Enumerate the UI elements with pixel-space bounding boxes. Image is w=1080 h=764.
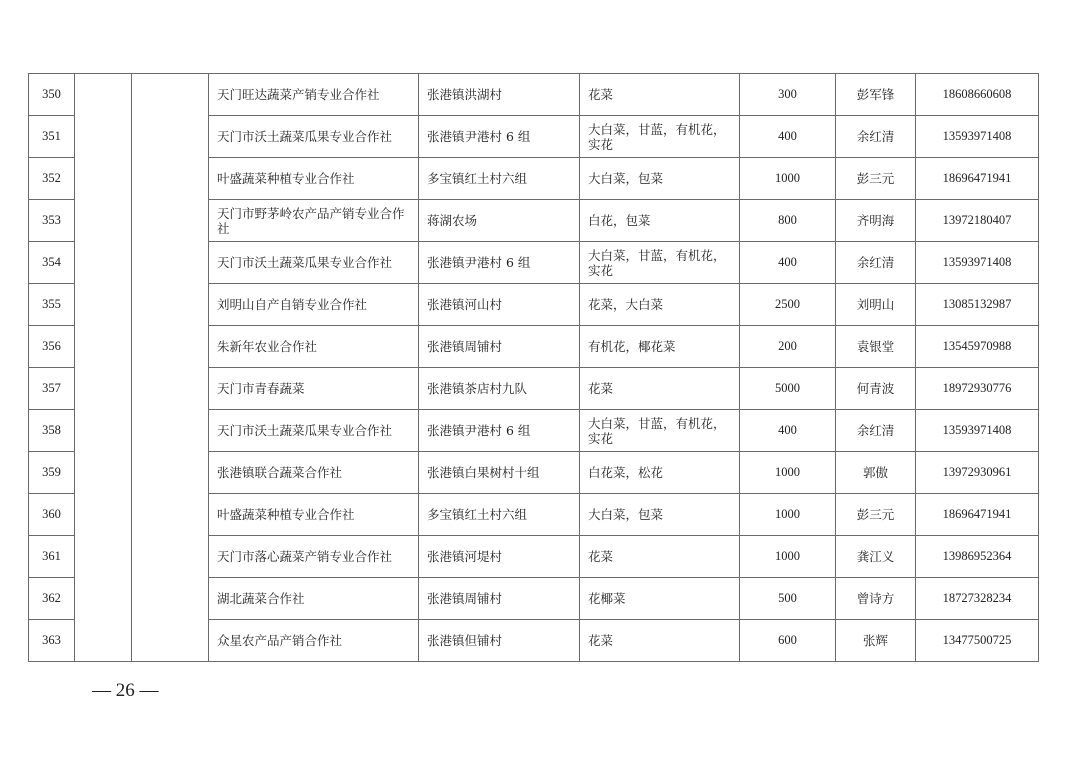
address-cell: 张港镇白果树村十组 — [419, 452, 580, 494]
phone-number-cell: 18972930776 — [916, 368, 1039, 410]
variety-cell: 大白菜，甘蓝，有机花，实花 — [580, 410, 740, 452]
table-body: 350天门旺达蔬菜产销专业合作社张港镇洪湖村花菜300彭军锋1860866060… — [29, 74, 1039, 662]
variety-cell: 花菜 — [580, 74, 740, 116]
phone-number-cell: 13986952364 — [916, 536, 1039, 578]
address-cell: 张港镇尹港村 6 组 — [419, 116, 580, 158]
phone-number-cell: 13593971408 — [916, 410, 1039, 452]
phone-number-cell: 13545970988 — [916, 326, 1039, 368]
phone-number-cell: 13593971408 — [916, 242, 1039, 284]
cooperative-name-cell: 天门旺达蔬菜产销专业合作社 — [209, 74, 419, 116]
area-cell: 800 — [740, 200, 836, 242]
address-cell: 多宝镇红土村六组 — [419, 494, 580, 536]
row-number-cell: 351 — [29, 116, 75, 158]
area-cell: 300 — [740, 74, 836, 116]
phone-number-cell: 13593971408 — [916, 116, 1039, 158]
address-cell: 张港镇河山村 — [419, 284, 580, 326]
area-cell: 500 — [740, 578, 836, 620]
cooperative-name-cell: 天门市落心蔬菜产销专业合作社 — [209, 536, 419, 578]
area-cell: 1000 — [740, 494, 836, 536]
area-cell: 2500 — [740, 284, 836, 326]
address-cell: 蒋湖农场 — [419, 200, 580, 242]
address-cell: 张港镇周铺村 — [419, 578, 580, 620]
row-number-cell: 356 — [29, 326, 75, 368]
cooperative-name-cell: 叶盛蔬菜种植专业合作社 — [209, 494, 419, 536]
area-cell: 400 — [740, 242, 836, 284]
cooperative-name-cell: 天门市青春蔬菜 — [209, 368, 419, 410]
address-cell: 张港镇茶店村九队 — [419, 368, 580, 410]
cooperative-name-cell: 刘明山自产自销专业合作社 — [209, 284, 419, 326]
table-row: 350天门旺达蔬菜产销专业合作社张港镇洪湖村花菜300彭军锋1860866060… — [29, 74, 1039, 116]
variety-cell: 大白菜，甘蓝，有机花，实花 — [580, 242, 740, 284]
page-number: — 26 — — [92, 680, 159, 702]
variety-cell: 大白菜，包菜 — [580, 158, 740, 200]
contact-person-cell: 彭三元 — [836, 158, 916, 200]
row-number-cell: 354 — [29, 242, 75, 284]
contact-person-cell: 彭三元 — [836, 494, 916, 536]
area-cell: 200 — [740, 326, 836, 368]
variety-cell: 大白菜，甘蓝，有机花，实花 — [580, 116, 740, 158]
row-number-cell: 355 — [29, 284, 75, 326]
address-cell: 张港镇尹港村 6 组 — [419, 410, 580, 452]
variety-cell: 白花菜，松花 — [580, 452, 740, 494]
variety-cell: 花椰菜 — [580, 578, 740, 620]
contact-person-cell: 郭傲 — [836, 452, 916, 494]
area-cell: 600 — [740, 620, 836, 662]
variety-cell: 花菜 — [580, 620, 740, 662]
area-cell: 400 — [740, 116, 836, 158]
address-cell: 张港镇河堤村 — [419, 536, 580, 578]
contact-person-cell: 张辉 — [836, 620, 916, 662]
row-number-cell: 363 — [29, 620, 75, 662]
cooperative-name-cell: 天门市沃土蔬菜瓜果专业合作社 — [209, 116, 419, 158]
cooperative-name-cell: 张港镇联合蔬菜合作社 — [209, 452, 419, 494]
cooperative-name-cell: 天门市沃土蔬菜瓜果专业合作社 — [209, 410, 419, 452]
cooperative-name-cell: 湖北蔬菜合作社 — [209, 578, 419, 620]
contact-person-cell: 龚江义 — [836, 536, 916, 578]
row-number-cell: 360 — [29, 494, 75, 536]
cooperative-name-cell: 叶盛蔬菜种植专业合作社 — [209, 158, 419, 200]
row-number-cell: 361 — [29, 536, 75, 578]
contact-person-cell: 余红清 — [836, 116, 916, 158]
row-number-cell: 352 — [29, 158, 75, 200]
area-cell: 5000 — [740, 368, 836, 410]
contact-person-cell: 何青波 — [836, 368, 916, 410]
row-number-cell: 362 — [29, 578, 75, 620]
address-cell: 多宝镇红土村六组 — [419, 158, 580, 200]
area-cell: 1000 — [740, 536, 836, 578]
phone-number-cell: 13972180407 — [916, 200, 1039, 242]
phone-number-cell: 18696471941 — [916, 494, 1039, 536]
area-cell: 1000 — [740, 158, 836, 200]
phone-number-cell: 18696471941 — [916, 158, 1039, 200]
phone-number-cell: 18727328234 — [916, 578, 1039, 620]
merged-category-cell — [132, 74, 209, 662]
cooperative-name-cell: 众星农产品产销合作社 — [209, 620, 419, 662]
row-number-cell: 353 — [29, 200, 75, 242]
row-number-cell: 358 — [29, 410, 75, 452]
address-cell: 张港镇周铺村 — [419, 326, 580, 368]
variety-cell: 花菜，大白菜 — [580, 284, 740, 326]
cooperative-name-cell: 天门市野茅岭农产品产销专业合作社 — [209, 200, 419, 242]
variety-cell: 花菜 — [580, 368, 740, 410]
cooperative-name-cell: 天门市沃土蔬菜瓜果专业合作社 — [209, 242, 419, 284]
contact-person-cell: 彭军锋 — [836, 74, 916, 116]
contact-person-cell: 刘明山 — [836, 284, 916, 326]
contact-person-cell: 余红清 — [836, 242, 916, 284]
variety-cell: 白花，包菜 — [580, 200, 740, 242]
contact-person-cell: 曾诗方 — [836, 578, 916, 620]
row-number-cell: 350 — [29, 74, 75, 116]
area-cell: 1000 — [740, 452, 836, 494]
cooperative-name-cell: 朱新年农业合作社 — [209, 326, 419, 368]
address-cell: 张港镇洪湖村 — [419, 74, 580, 116]
contact-person-cell: 齐明海 — [836, 200, 916, 242]
row-number-cell: 357 — [29, 368, 75, 410]
variety-cell: 大白菜，包菜 — [580, 494, 740, 536]
cooperative-table: 350天门旺达蔬菜产销专业合作社张港镇洪湖村花菜300彭军锋1860866060… — [28, 73, 1039, 662]
phone-number-cell: 13085132987 — [916, 284, 1039, 326]
phone-number-cell: 13972930961 — [916, 452, 1039, 494]
contact-person-cell: 袁银堂 — [836, 326, 916, 368]
area-cell: 400 — [740, 410, 836, 452]
address-cell: 张港镇但铺村 — [419, 620, 580, 662]
variety-cell: 花菜 — [580, 536, 740, 578]
address-cell: 张港镇尹港村 6 组 — [419, 242, 580, 284]
variety-cell: 有机花，椰花菜 — [580, 326, 740, 368]
phone-number-cell: 18608660608 — [916, 74, 1039, 116]
phone-number-cell: 13477500725 — [916, 620, 1039, 662]
row-number-cell: 359 — [29, 452, 75, 494]
merged-region-cell — [75, 74, 132, 662]
contact-person-cell: 余红清 — [836, 410, 916, 452]
